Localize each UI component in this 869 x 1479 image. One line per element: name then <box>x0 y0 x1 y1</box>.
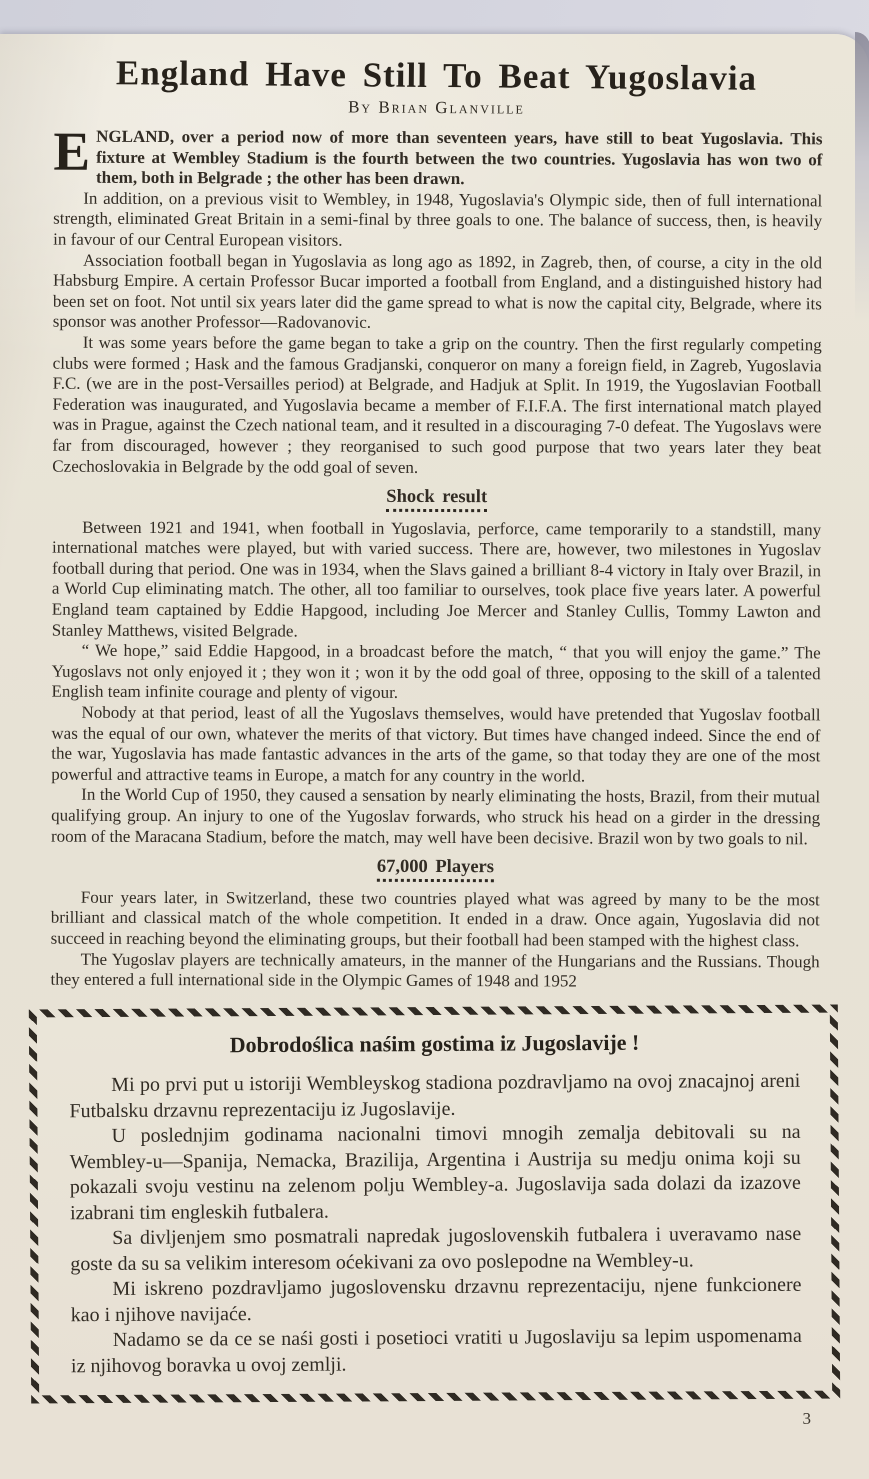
article-paragraph: Nobody at that period, least of all the … <box>51 703 820 788</box>
article-paragraph: The Yugoslav players are technically ama… <box>50 949 819 993</box>
article-paragraph: “ We hope,” said Eddie Hapgood, in a bro… <box>51 641 820 705</box>
lead-text: NGLAND, over a period now of more than s… <box>96 127 823 188</box>
page-title: England Have Still To Beat Yugoslavia <box>52 53 821 100</box>
page-number: 3 <box>52 1409 821 1429</box>
article-paragraph: In addition, on a previous visit to Wemb… <box>53 188 822 252</box>
lead-paragraph: ENGLAND, over a period now of more than … <box>53 127 822 191</box>
article-paragraph: Four years later, in Switzerland, these … <box>51 887 820 951</box>
drop-cap: E <box>53 127 96 174</box>
article-paragraph: In the World Cup of 1950, they caused a … <box>51 785 820 849</box>
welcome-paragraph: Nadamo se da ce se naśi gosti i posetioc… <box>71 1324 802 1379</box>
article-paragraph: Between 1921 and 1941, when football in … <box>52 517 821 643</box>
programme-page: England Have Still To Beat Yugoslavia By… <box>0 34 869 1479</box>
welcome-paragraph: Mi iskreno pozdravljamo jugoslovensku dr… <box>70 1273 801 1328</box>
section-heading-shock-result: Shock result <box>52 486 821 513</box>
article-paragraph: It was some years before the game began … <box>52 333 821 480</box>
article-body: ENGLAND, over a period now of more than … <box>50 127 822 993</box>
welcome-box-border: Dobrodoślica naśim gostima iz Jugoslavij… <box>29 1004 840 1403</box>
welcome-paragraph: Mi po prvi put u istoriji Wembleyskog st… <box>69 1069 800 1124</box>
section-heading-67000-players: 67,000 Players <box>51 856 820 883</box>
welcome-box-body: Mi po prvi put u istoriji Wembleyskog st… <box>69 1069 802 1379</box>
photo-background: { "page": { "paper_color": "#e9e4d7", "b… <box>0 0 869 1479</box>
welcome-box-heading: Dobrodoślica naśim gostima iz Jugoslavij… <box>69 1029 800 1059</box>
welcome-paragraph: U poslednjim godinama nacionalni timovi … <box>70 1120 802 1226</box>
welcome-box: Dobrodoślica naśim gostima iz Jugoslavij… <box>37 1012 832 1395</box>
article-paragraph: Association football began in Yugoslavia… <box>53 250 822 335</box>
byline: By Brian Glanville <box>52 95 821 120</box>
welcome-paragraph: Sa divljenjem smo posmatrali napredak ju… <box>70 1222 801 1277</box>
page-content: England Have Still To Beat Yugoslavia By… <box>52 56 821 1429</box>
